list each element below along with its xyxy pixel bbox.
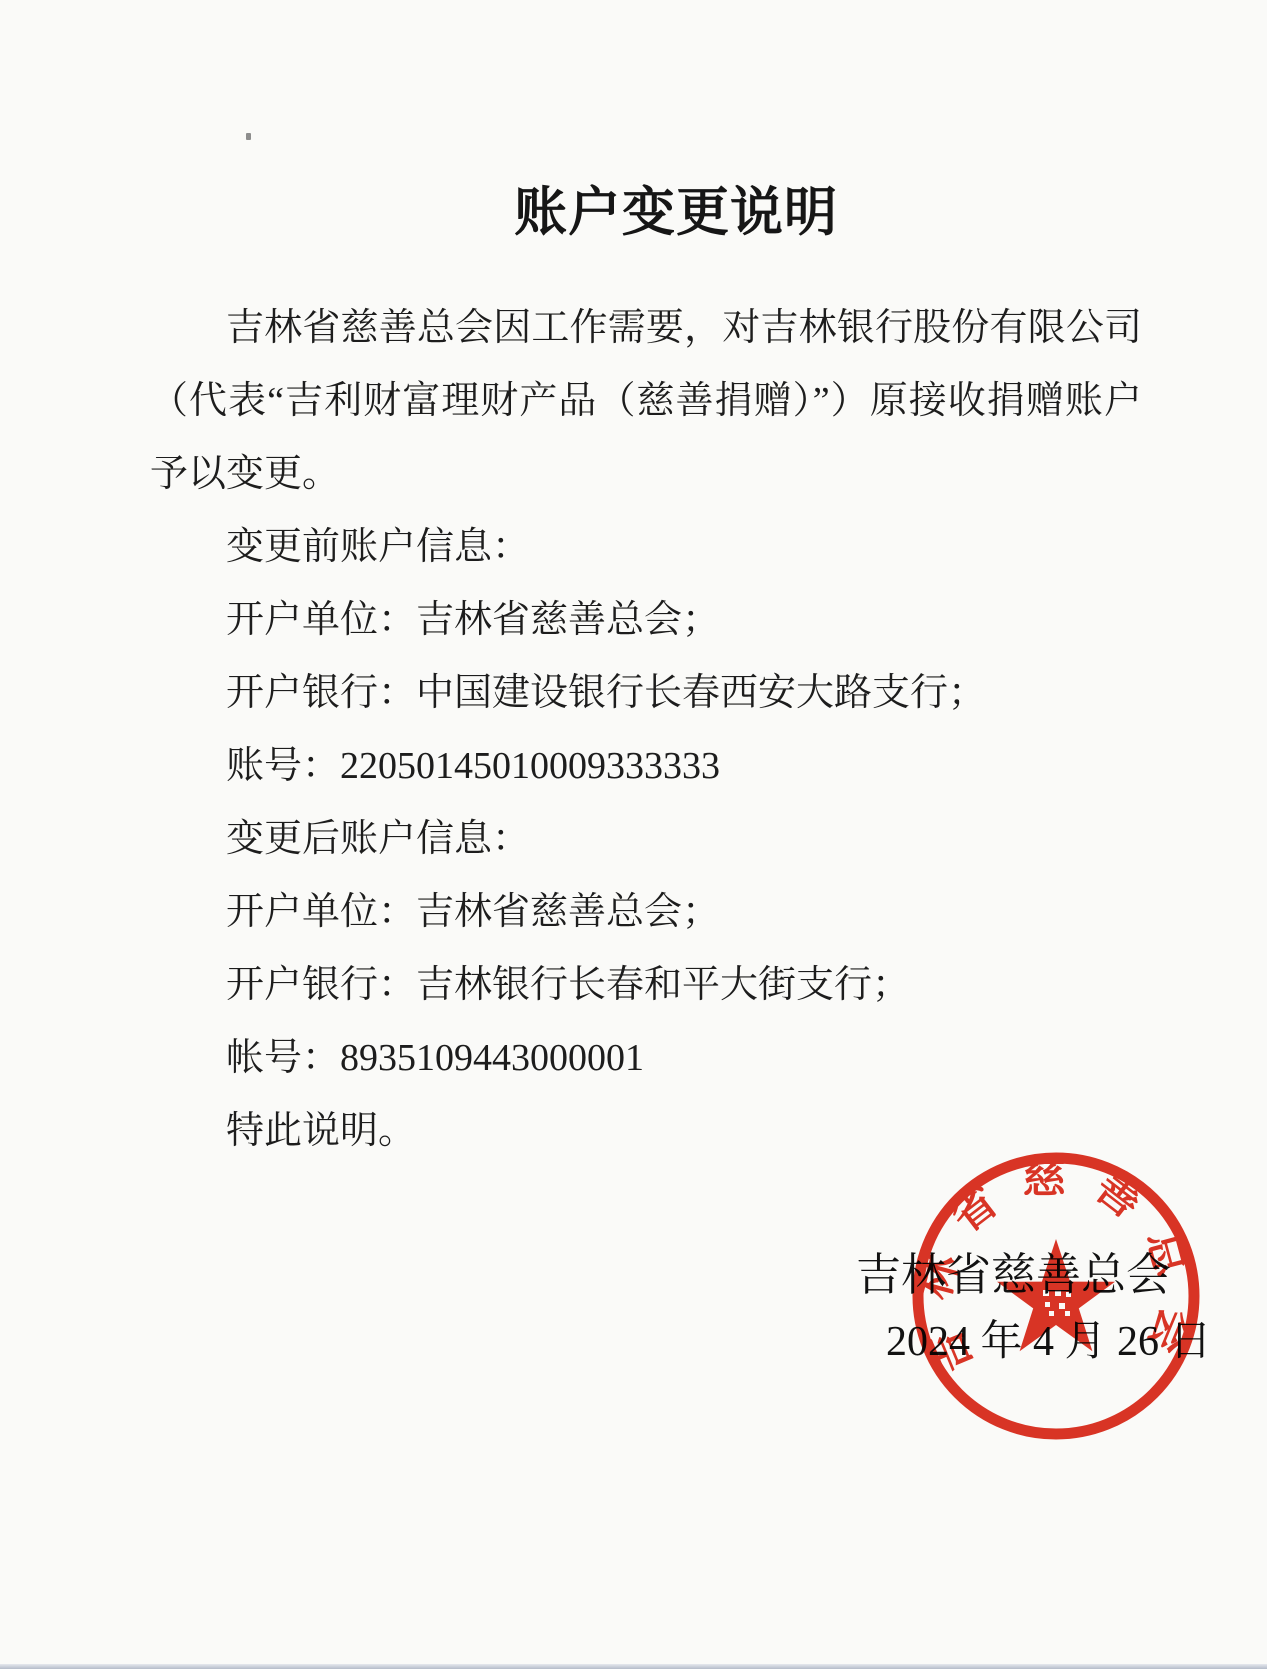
seal-graphic: 吉林省慈善总会	[911, 1151, 1201, 1441]
section-heading-after-change: 变更后账户信息：	[150, 803, 1142, 876]
intro-paragraph: 吉林省慈善总会因工作需要，对吉林银行股份有限公司（代表“吉利财富理财产品（慈善捐…	[150, 292, 1142, 511]
section-heading-before-change: 变更前账户信息：	[150, 511, 1142, 584]
document-body: 吉林省慈善总会因工作需要，对吉林银行股份有限公司（代表“吉利财富理财产品（慈善捐…	[150, 292, 1142, 1168]
scanned-document-page: 账户变更说明 吉林省慈善总会因工作需要，对吉林银行股份有限公司（代表“吉利财富理…	[0, 0, 1267, 1669]
bank-after: 开户银行：吉林银行长春和平大街支行；	[150, 949, 1142, 1022]
account-holder-after: 开户单位：吉林省慈善总会；	[150, 876, 1142, 949]
account-number-after: 帐号：8935109443000001	[150, 1022, 1142, 1095]
document-title: 账户变更说明	[514, 182, 838, 244]
bank-before: 开户银行：中国建设银行长春西安大路支行；	[150, 657, 1142, 730]
seal-center-code-icon	[1039, 1286, 1073, 1320]
account-number-before: 账号：22050145010009333333	[150, 730, 1142, 803]
scan-edge-artifact	[0, 1664, 1267, 1669]
scan-artifact-dot	[246, 133, 251, 140]
official-red-seal: 吉林省慈善总会	[911, 1151, 1201, 1441]
account-holder-before: 开户单位：吉林省慈善总会；	[150, 584, 1142, 657]
